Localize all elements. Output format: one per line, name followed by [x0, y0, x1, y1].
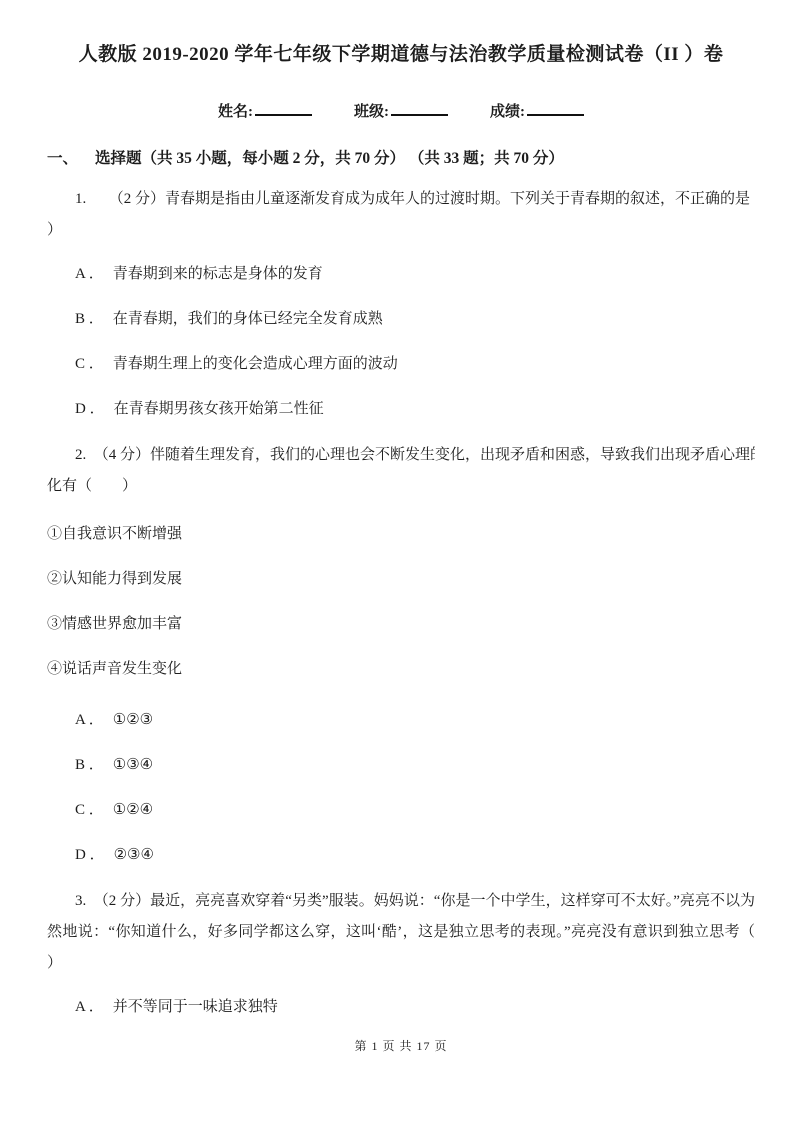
section-numbering: 一、	[47, 148, 78, 170]
stem-line: 1. （2 分）青春期是指由儿童逐渐发育成为成年人的过渡时期。下列关于青春期的叙…	[47, 184, 755, 215]
answer-option: A ．①②③	[47, 698, 755, 743]
option-text: 青春期到来的标志是身体的发育	[113, 266, 323, 282]
document-title: 人教版 2019-2020 学年七年级下学期道德与法治教学质量检测试卷（II ）…	[47, 40, 755, 70]
question-1: 1. （2 分）青春期是指由儿童逐渐发育成为成年人的过渡时期。下列关于青春期的叙…	[47, 184, 755, 432]
option-text: ①②④	[113, 802, 153, 818]
option-letter: D ．	[75, 847, 105, 863]
stem-line: ）	[47, 948, 755, 979]
options-list: A ．青春期到来的标志是身体的发育B ．在青春期，我们的身体已经完全发育成熟C …	[47, 252, 755, 432]
field-label: 班级:	[354, 104, 389, 120]
blank-underline	[527, 102, 584, 116]
option-text: 在青春期，我们的身体已经完全发育成熟	[113, 311, 383, 327]
blank-underline	[255, 102, 312, 116]
page-footer: 第 1 页 共 17 页	[47, 1038, 755, 1054]
class-field: 班级:	[354, 100, 448, 124]
statement-item: ②认知能力得到发展	[47, 557, 755, 602]
student-info-row: 姓名:班级:成绩:	[47, 100, 755, 124]
option-text: 在青春期男孩女孩开始第二性征	[114, 401, 324, 417]
option-letter: C ．	[75, 356, 104, 372]
question-stem: 2. （4 分）伴随着生理发育，我们的心理也会不断发生变化，出现矛盾和困惑，导致…	[47, 440, 755, 502]
section-heading: 一、 选择题（共 35 小题，每小题 2 分，共 70 分） （共 33 题；共…	[47, 148, 755, 170]
option-letter: B ．	[75, 757, 104, 773]
option-letter: A ．	[75, 999, 104, 1015]
stem-line: ）	[47, 215, 755, 246]
options-list: A ．并不等同于一味追求独特	[47, 985, 755, 1030]
option-text: ①③④	[113, 757, 153, 773]
statement-list: ①自我意识不断增强②认知能力得到发展③情感世界愈加丰富④说话声音发生变化	[47, 512, 755, 692]
stem-line: 3. （2 分）最近，亮亮喜欢穿着“另类”服装。妈妈说：“你是一个中学生，这样穿…	[47, 886, 755, 917]
field-label: 姓名:	[218, 104, 253, 120]
statement-item: ①自我意识不断增强	[47, 512, 755, 557]
answer-option: D ．②③④	[47, 833, 755, 878]
blank-underline	[391, 102, 448, 116]
stem-line: 2. （4 分）伴随着生理发育，我们的心理也会不断发生变化，出现矛盾和困惑，导致…	[47, 440, 755, 471]
question-3: 3. （2 分）最近，亮亮喜欢穿着“另类”服装。妈妈说：“你是一个中学生，这样穿…	[47, 886, 755, 1030]
option-letter: A ．	[75, 712, 104, 728]
statement-item: ③情感世界愈加丰富	[47, 602, 755, 647]
answer-option: C ．①②④	[47, 788, 755, 833]
question-2: 2. （4 分）伴随着生理发育，我们的心理也会不断发生变化，出现矛盾和困惑，导致…	[47, 440, 755, 878]
name-field: 姓名:	[218, 100, 312, 124]
answer-option: B ．在青春期，我们的身体已经完全发育成熟	[47, 297, 755, 342]
answer-option: C ．青春期生理上的变化会造成心理方面的波动	[47, 342, 755, 387]
option-letter: C ．	[75, 802, 104, 818]
question-stem: 3. （2 分）最近，亮亮喜欢穿着“另类”服装。妈妈说：“你是一个中学生，这样穿…	[47, 886, 755, 979]
options-list: A ．①②③B ．①③④C ．①②④D ．②③④	[47, 698, 755, 878]
score-field: 成绩:	[490, 100, 584, 124]
stem-line: 化有（ ）	[47, 471, 755, 502]
option-text: 青春期生理上的变化会造成心理方面的波动	[113, 356, 398, 372]
option-letter: D ．	[75, 401, 105, 417]
answer-option: D ．在青春期男孩女孩开始第二性征	[47, 387, 755, 432]
questions-area: 1. （2 分）青春期是指由儿童逐渐发育成为成年人的过渡时期。下列关于青春期的叙…	[47, 184, 755, 1030]
statement-item: ④说话声音发生变化	[47, 647, 755, 692]
section-title: 选择题（共 35 小题，每小题 2 分，共 70 分） （共 33 题；共 70…	[95, 148, 564, 170]
question-stem: 1. （2 分）青春期是指由儿童逐渐发育成为成年人的过渡时期。下列关于青春期的叙…	[47, 184, 755, 246]
answer-option: A ．青春期到来的标志是身体的发育	[47, 252, 755, 297]
field-label: 成绩:	[490, 104, 525, 120]
stem-line: 然地说：“你知道什么，好多同学都这么穿，这叫‘酷’，这是独立思考的表现。”亮亮没…	[47, 917, 755, 948]
document-page: 人教版 2019-2020 学年七年级下学期道德与法治教学质量检测试卷（II ）…	[0, 0, 800, 1132]
option-letter: A ．	[75, 266, 104, 282]
option-text: ①②③	[113, 712, 153, 728]
option-letter: B ．	[75, 311, 104, 327]
option-text: ②③④	[114, 847, 154, 863]
option-text: 并不等同于一味追求独特	[113, 999, 278, 1015]
answer-option: A ．并不等同于一味追求独特	[47, 985, 755, 1030]
answer-option: B ．①③④	[47, 743, 755, 788]
